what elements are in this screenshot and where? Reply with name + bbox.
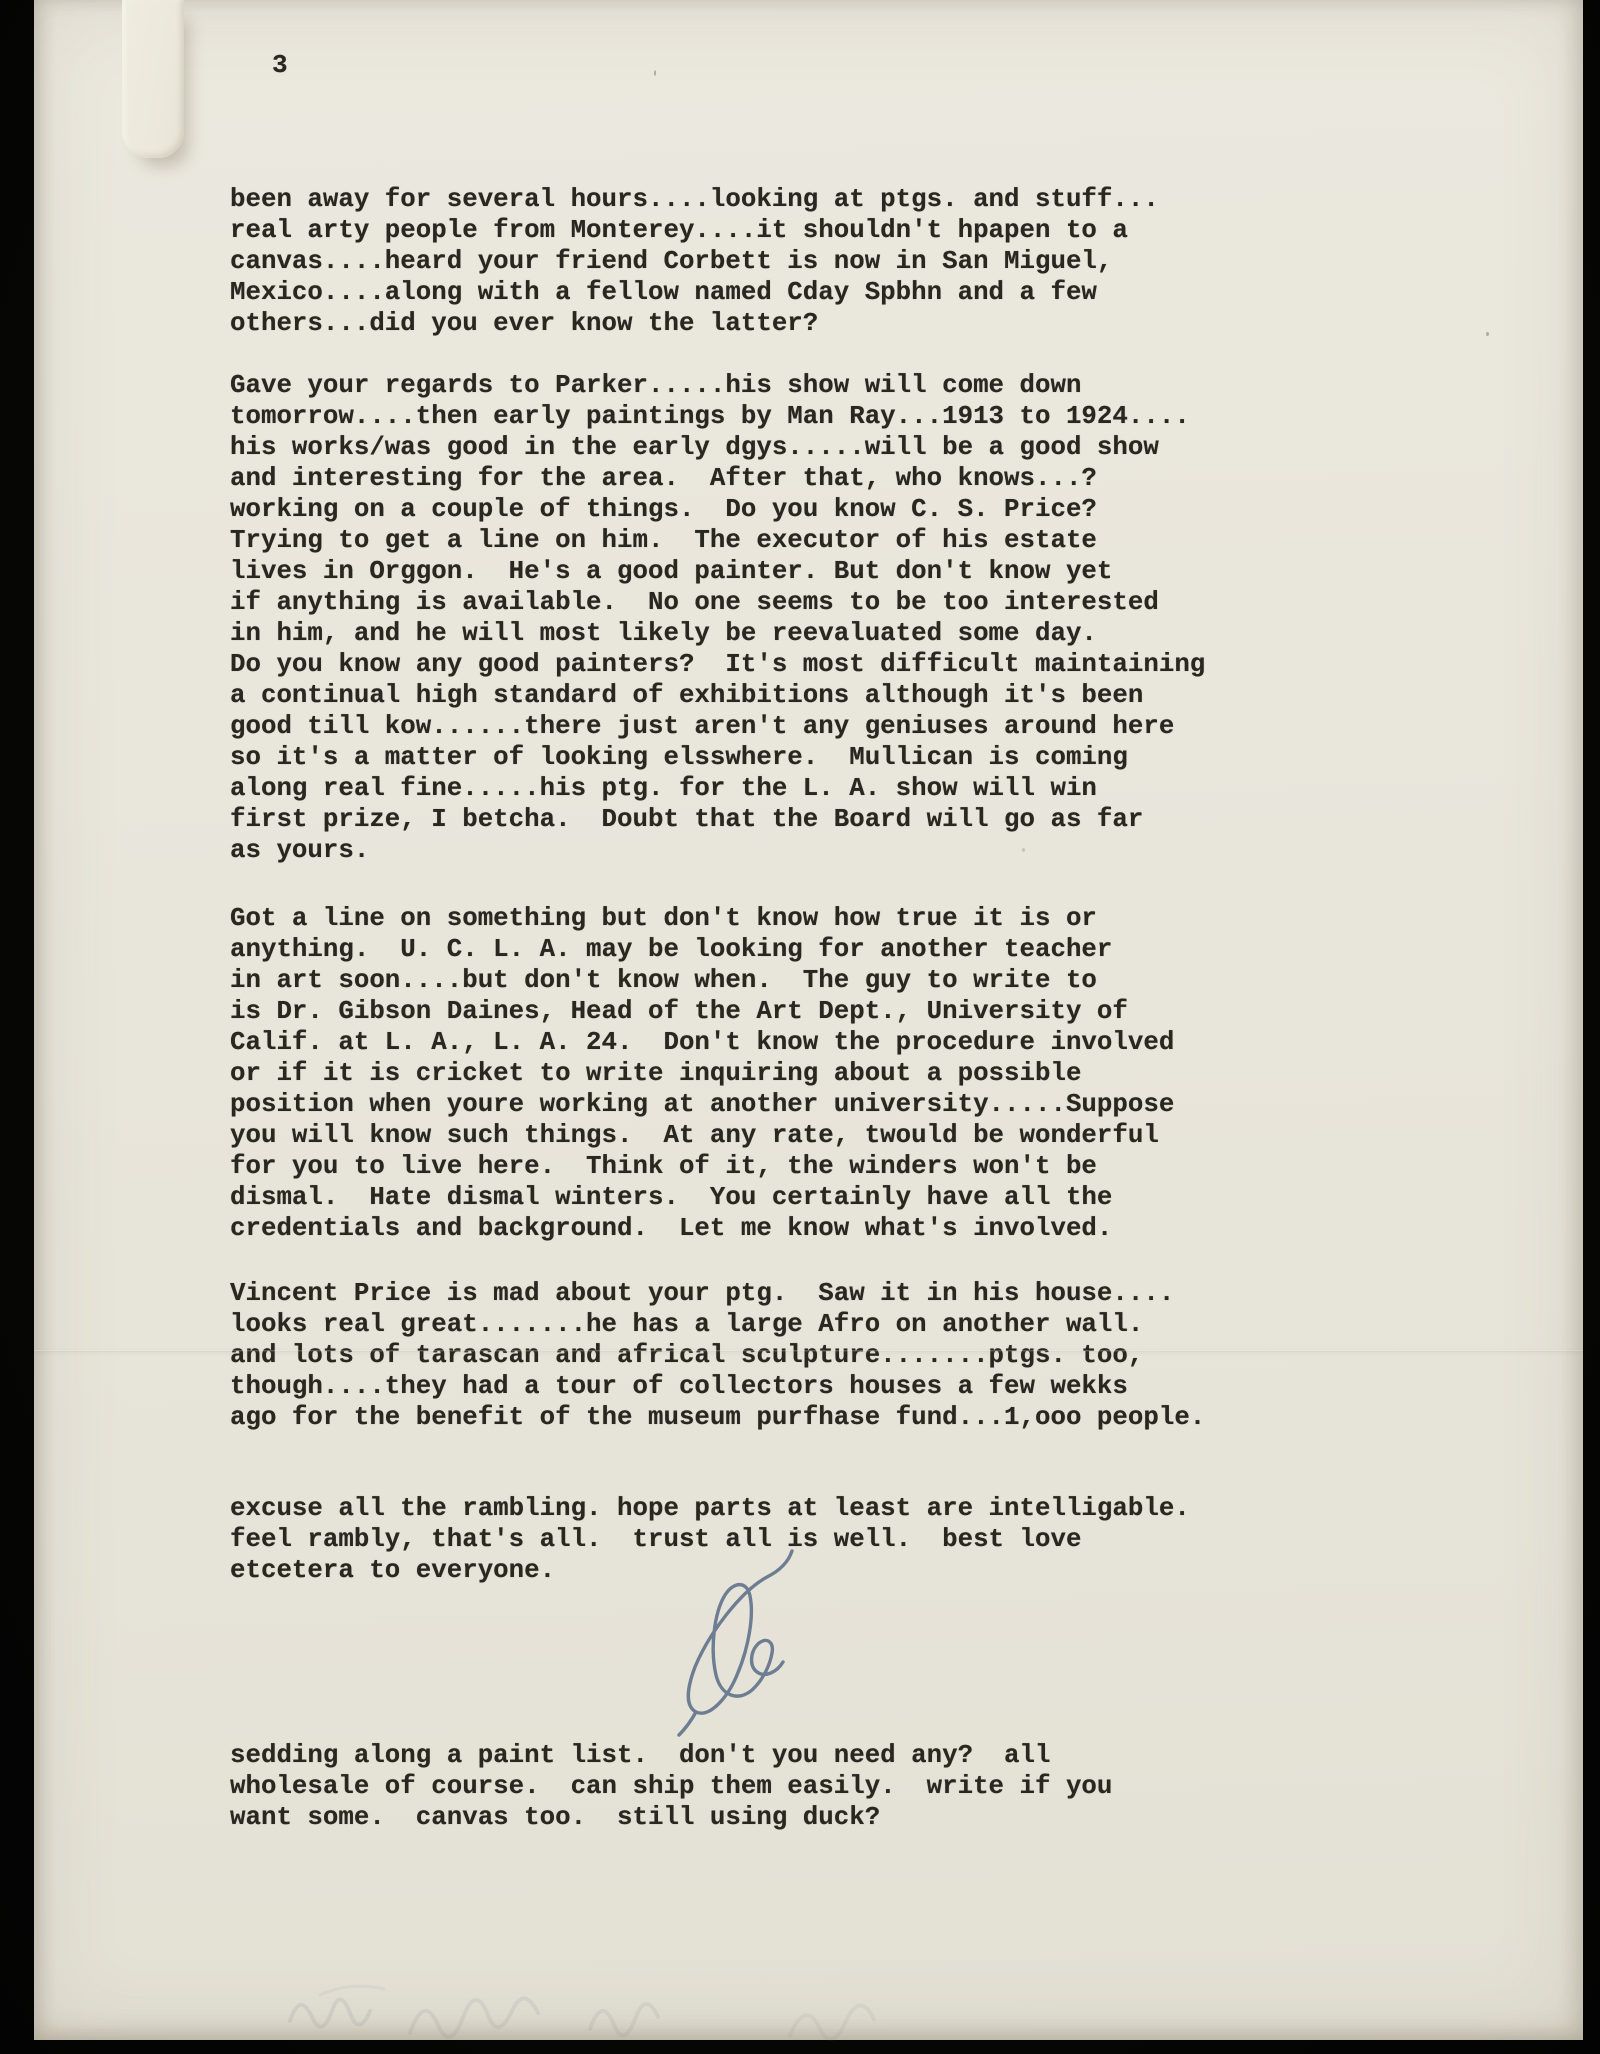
paragraph: Vincent Price is mad about your ptg. Saw…: [230, 1278, 1205, 1433]
text-line: real arty people from Monterey....it sho…: [230, 215, 1159, 246]
text-line: a continual high standard of exhibitions…: [230, 680, 1205, 711]
text-line: position when youre working at another u…: [230, 1089, 1174, 1120]
text-line: credentials and background. Let me know …: [230, 1213, 1174, 1244]
text-line: wholesale of course. can ship them easil…: [230, 1771, 1112, 1802]
text-line: working on a couple of things. Do you kn…: [230, 494, 1205, 525]
dust-speck: [1022, 848, 1025, 852]
text-line: Mexico....along with a fellow named Cday…: [230, 277, 1159, 308]
text-line: you will know such things. At any rate, …: [230, 1120, 1174, 1151]
text-line: for you to live here. Think of it, the w…: [230, 1151, 1174, 1182]
text-line: Got a line on something but don't know h…: [230, 903, 1174, 934]
text-line: dismal. Hate dismal winters. You certain…: [230, 1182, 1174, 1213]
text-line: Gave your regards to Parker.....his show…: [230, 370, 1205, 401]
dust-speck: [654, 70, 656, 76]
text-line: anything. U. C. L. A. may be looking for…: [230, 934, 1174, 965]
text-line: good till kow......there just aren't any…: [230, 711, 1205, 742]
text-line: first prize, I betcha. Doubt that the Bo…: [230, 804, 1205, 835]
text-line: sedding along a paint list. don't you ne…: [230, 1740, 1112, 1771]
crease-line: [34, 1350, 1583, 1352]
ink-showthrough-marks: [230, 1925, 1090, 2043]
page-number: 3: [272, 50, 288, 81]
text-line: along real fine.....his ptg. for the L. …: [230, 773, 1205, 804]
letter-page: 3 been away for several hours....looking…: [34, 0, 1583, 2040]
text-line: canvas....heard your friend Corbett is n…: [230, 246, 1159, 277]
text-line: excuse all the rambling. hope parts at l…: [230, 1493, 1190, 1524]
paragraph: Gave your regards to Parker.....his show…: [230, 370, 1205, 866]
text-line: lives in Orggon. He's a good painter. Bu…: [230, 556, 1205, 587]
text-line: tomorrow....then early paintings by Man …: [230, 401, 1205, 432]
paragraph: Got a line on something but don't know h…: [230, 903, 1174, 1244]
text-line: want some. canvas too. still using duck?: [230, 1802, 1112, 1833]
text-line: Vincent Price is mad about your ptg. Saw…: [230, 1278, 1205, 1309]
paragraph: sedding along a paint list. don't you ne…: [230, 1740, 1112, 1833]
paper-clip-tab: [122, 0, 184, 158]
signature-jo-handwritten: [646, 1545, 818, 1737]
paragraph: been away for several hours....looking a…: [230, 184, 1159, 339]
scan-background: 3 been away for several hours....looking…: [0, 0, 1600, 2054]
text-line: and lots of tarascan and africal sculptu…: [230, 1340, 1205, 1371]
text-line: though....they had a tour of collectors …: [230, 1371, 1205, 1402]
text-line: as yours.: [230, 835, 1205, 866]
text-line: or if it is cricket to write inquiring a…: [230, 1058, 1174, 1089]
text-line: looks real great.......he has a large Af…: [230, 1309, 1205, 1340]
text-line: so it's a matter of looking elsswhere. M…: [230, 742, 1205, 773]
text-line: his works/was good in the early dgys....…: [230, 432, 1205, 463]
text-line: is Dr. Gibson Daines, Head of the Art De…: [230, 996, 1174, 1027]
text-line: in art soon....but don't know when. The …: [230, 965, 1174, 996]
dust-speck: [1486, 332, 1489, 336]
text-line: in him, and he will most likely be reeva…: [230, 618, 1205, 649]
text-line: Calif. at L. A., L. A. 24. Don't know th…: [230, 1027, 1174, 1058]
text-line: if anything is available. No one seems t…: [230, 587, 1205, 618]
text-line: Trying to get a line on him. The executo…: [230, 525, 1205, 556]
text-line: Do you know any good painters? It's most…: [230, 649, 1205, 680]
text-line: others...did you ever know the latter?: [230, 308, 1159, 339]
text-line: been away for several hours....looking a…: [230, 184, 1159, 215]
text-line: ago for the benefit of the museum purfha…: [230, 1402, 1205, 1433]
text-line: and interesting for the area. After that…: [230, 463, 1205, 494]
